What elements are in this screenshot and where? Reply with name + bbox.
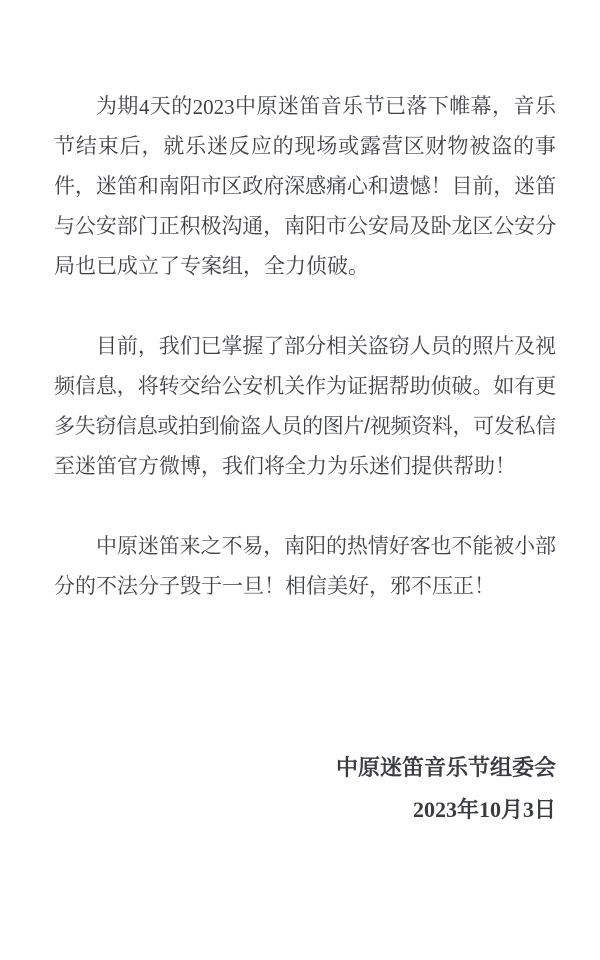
paragraph-1-line-5: 局也已成立了专案组，全力侦破。 — [54, 247, 556, 287]
signature-date: 2023年10月3日 — [54, 789, 556, 831]
paragraph-3-line-2: 分的不法分子毁于一旦！相信美好，邪不压正！ — [54, 567, 556, 607]
paragraph-1-line-4: 与公安部门正积极沟通，南阳市公安局及卧龙区公安分 — [54, 207, 556, 247]
paragraph-1: 为期4天的2023中原迷笛音乐节已落下帷幕，音乐 节结束后，就乐迷反应的现场或露… — [54, 87, 556, 287]
paragraph-2-line-4: 至迷笛官方微博，我们将全力为乐迷们提供帮助！ — [54, 447, 556, 487]
paragraph-1-line-3: 件，迷笛和南阳市区政府深感痛心和遗憾！目前，迷笛 — [54, 167, 556, 207]
paragraph-2: 目前，我们已掌握了部分相关盗窃人员的照片及视 频信息，将转交给公安机关作为证据帮… — [54, 327, 556, 487]
announcement-document: 为期4天的2023中原迷笛音乐节已落下帷幕，音乐 节结束后，就乐迷反应的现场或露… — [0, 0, 600, 960]
paragraph-1-line-1: 为期4天的2023中原迷笛音乐节已落下帷幕，音乐 — [54, 87, 556, 127]
signature-committee: 中原迷笛音乐节组委会 — [54, 747, 556, 789]
paragraph-2-line-1: 目前，我们已掌握了部分相关盗窃人员的照片及视 — [54, 327, 556, 367]
paragraph-2-line-2: 频信息，将转交给公安机关作为证据帮助侦破。如有更 — [54, 367, 556, 407]
paragraph-3-line-1: 中原迷笛来之不易，南阳的热情好客也不能被小部 — [54, 527, 556, 567]
paragraph-3: 中原迷笛来之不易，南阳的热情好客也不能被小部 分的不法分子毁于一旦！相信美好，邪… — [54, 527, 556, 607]
paragraph-2-line-3: 多失窃信息或拍到偷盗人员的图片/视频资料，可发私信 — [54, 407, 556, 447]
announcement-body: 为期4天的2023中原迷笛音乐节已落下帷幕，音乐 节结束后，就乐迷反应的现场或露… — [0, 0, 600, 831]
signature-block: 中原迷笛音乐节组委会 2023年10月3日 — [54, 747, 556, 831]
paragraph-1-line-2: 节结束后，就乐迷反应的现场或露营区财物被盗的事 — [54, 127, 556, 167]
